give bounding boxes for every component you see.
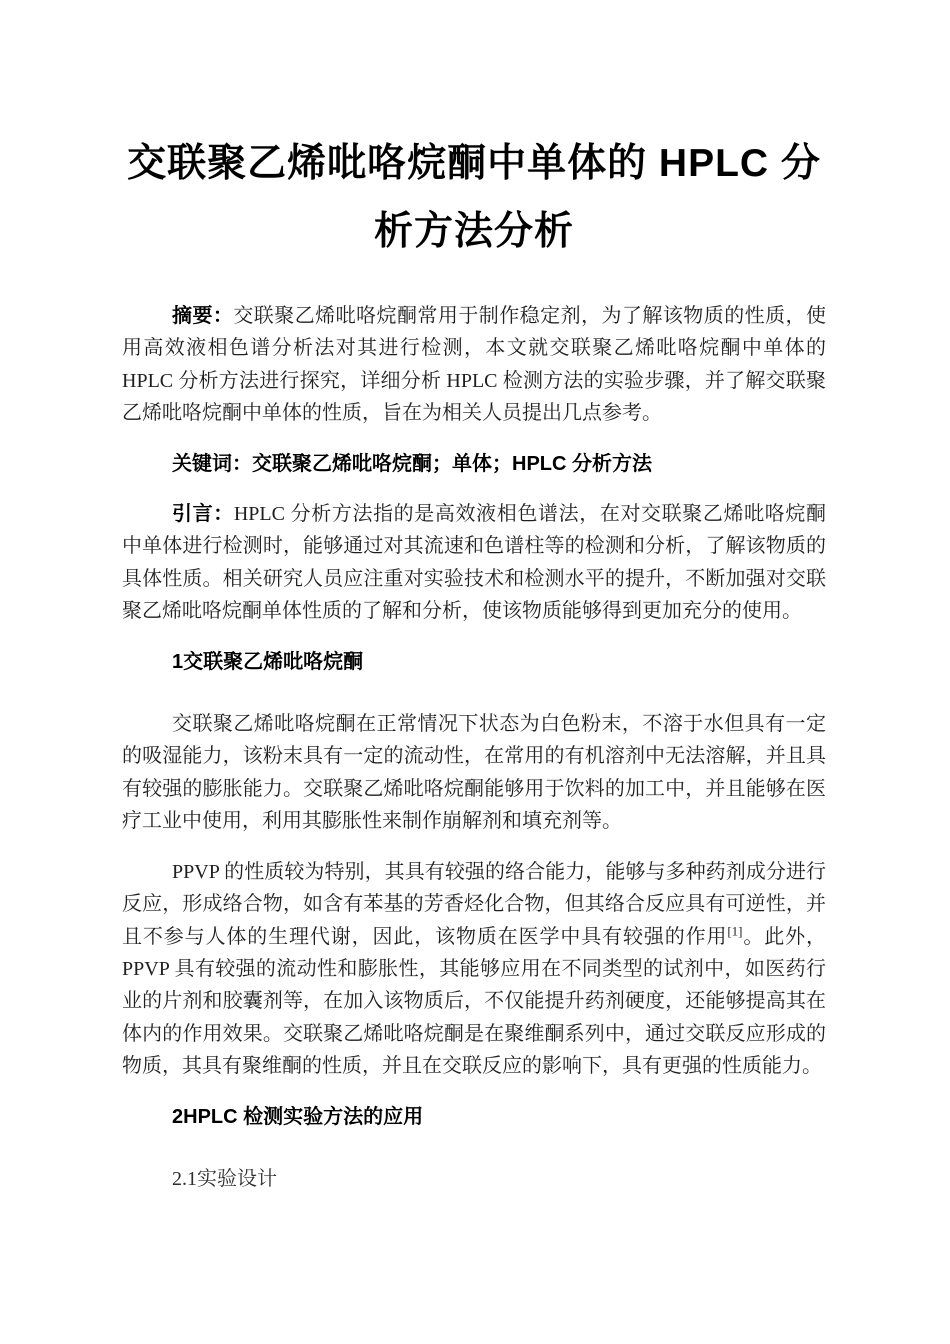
abstract-paragraph: 摘要：交联聚乙烯吡咯烷酮常用于制作稳定剂，为了解该物质的性质，使用高效液相色谱分… <box>122 300 826 430</box>
keywords-text: 交联聚乙烯吡咯烷酮；单体；HPLC 分析方法 <box>252 453 652 475</box>
document-title: 交联聚乙烯吡咯烷酮中单体的 HPLC 分 析方法分析 <box>122 130 826 266</box>
introduction-label: 引言： <box>172 503 234 525</box>
keywords-line: 关键词：交联聚乙烯吡咯烷酮；单体；HPLC 分析方法 <box>122 448 826 480</box>
document-page: 交联聚乙烯吡咯烷酮中单体的 HPLC 分 析方法分析 摘要：交联聚乙烯吡咯烷酮常… <box>0 0 950 1344</box>
section-1-heading: 1交联聚乙烯吡咯烷酮 <box>122 646 826 678</box>
citation-reference-1: [1] <box>727 923 742 938</box>
introduction-paragraph: 引言：HPLC 分析方法指的是高效液相色谱法，在对交联聚乙烯吡咯烷酮中单体进行检… <box>122 498 826 628</box>
section-1-paragraph-2: PPVP 的性质较为特别，其具有较强的络合能力，能够与多种药剂成分进行反应，形成… <box>122 856 826 1083</box>
document-title-line-2: 析方法分析 <box>374 210 574 253</box>
keywords-label: 关键词： <box>172 453 252 475</box>
document-title-line-1: 交联聚乙烯吡咯烷酮中单体的 HPLC 分 <box>127 142 821 185</box>
section-2-1-subheading: 2.1实验设计 <box>122 1163 826 1195</box>
section-1-paragraph-2-text-after-citation: 。此外，PPVP 具有较强的流动性和膨胀性，其能够应用在不同类型的试剂中，如医药… <box>122 926 826 1078</box>
abstract-label: 摘要： <box>172 305 233 327</box>
section-1-paragraph-2-text-before-citation: PPVP 的性质较为特别，其具有较强的络合能力，能够与多种药剂成分进行反应，形成… <box>122 861 826 948</box>
section-1-paragraph-1: 交联聚乙烯吡咯烷酮在正常情况下状态为白色粉末，不溶于水但具有一定的吸湿能力，该粉… <box>122 708 826 838</box>
section-2-heading: 2HPLC 检测实验方法的应用 <box>122 1101 826 1133</box>
